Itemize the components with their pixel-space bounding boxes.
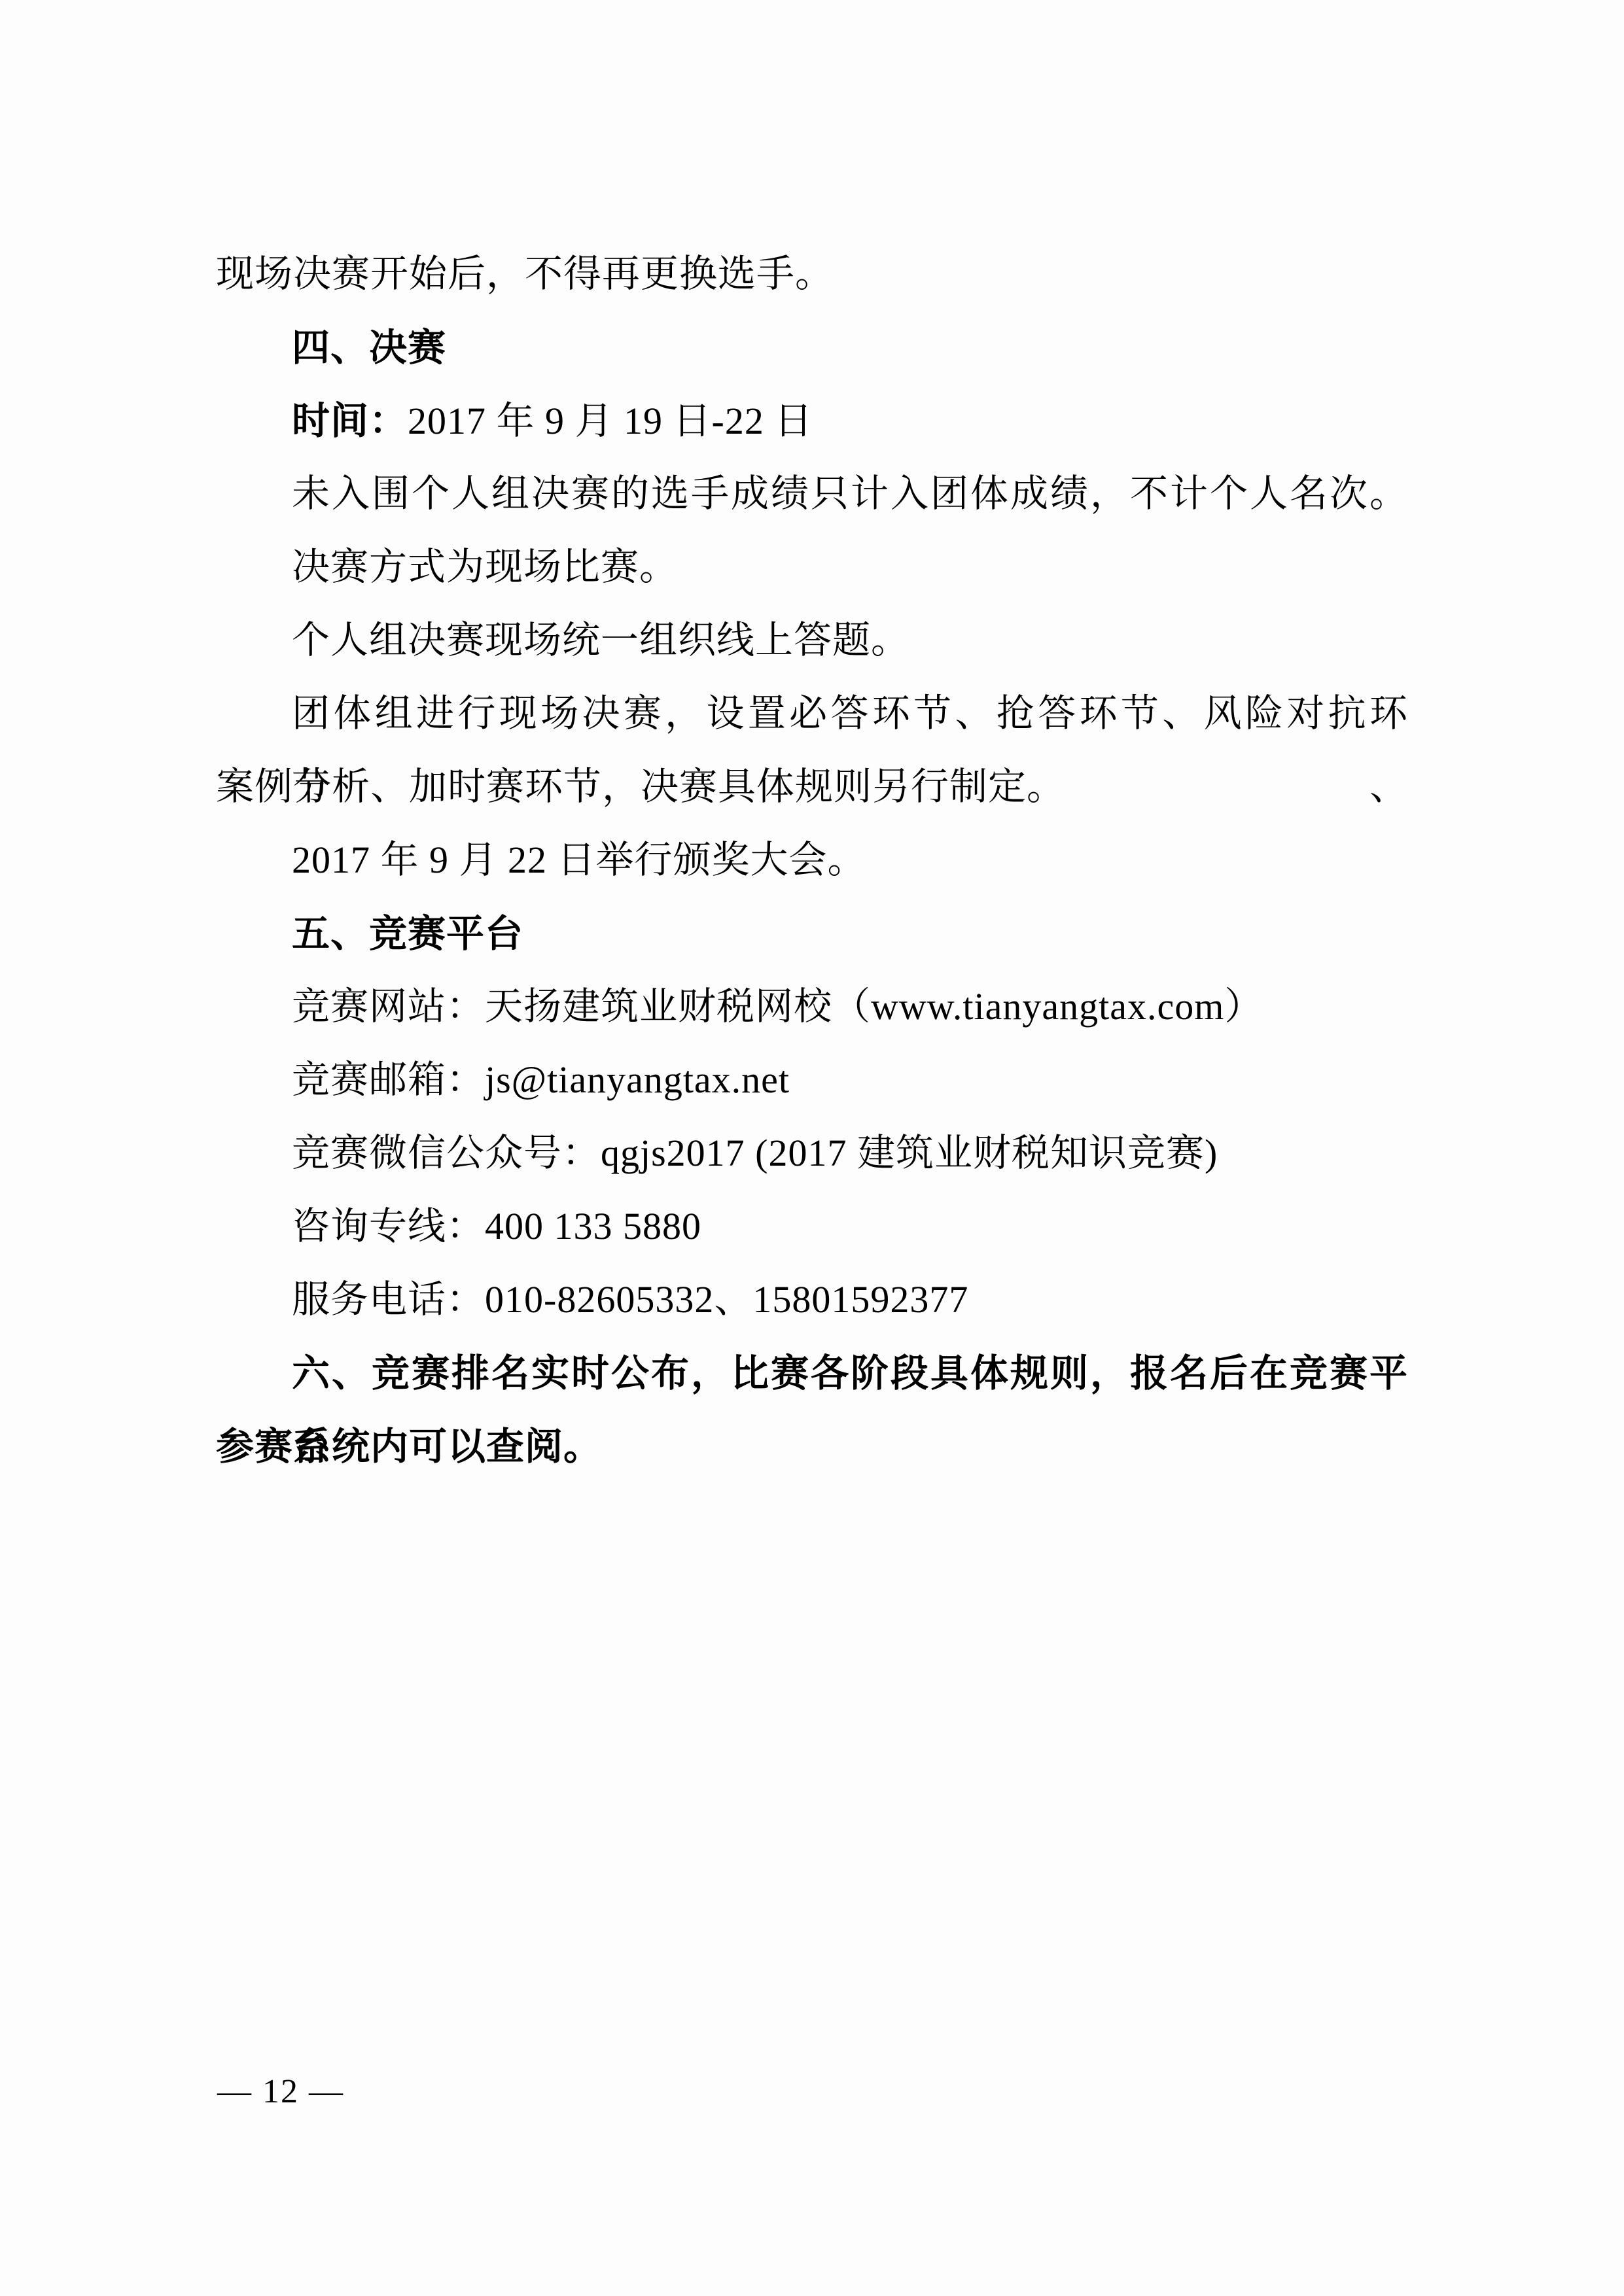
- wechat-line: 竞赛微信公众号：qgjs2017 (2017 建筑业财税知识竞赛): [216, 1117, 1408, 1190]
- paragraph: 2017 年 9 月 22 日举行颁奖大会。: [216, 824, 1408, 897]
- page-number: — 12 —: [217, 2066, 344, 2118]
- section-heading-4: 四、决赛: [216, 311, 1408, 384]
- time-value: 2017 年 9 月 19 日-22 日: [408, 400, 813, 442]
- time-line: 时间：2017 年 9 月 19 日-22 日: [216, 384, 1408, 457]
- paragraph: 个人组决赛现场统一组织线上答题。: [216, 604, 1408, 677]
- section-heading-6: 六、竞赛排名实时公布，比赛各阶段具体规则，报名后在竞赛平台: [216, 1336, 1408, 1410]
- hotline-line: 咨询专线：400 133 5880: [216, 1190, 1408, 1263]
- document-body: 现场决赛开始后，不得再更换选手。 四、决赛 时间：2017 年 9 月 19 日…: [216, 237, 1408, 1483]
- paragraph: 团体组进行现场决赛，设置必答环节、抢答环节、风险对抗环节、: [216, 677, 1408, 750]
- service-phone-line: 服务电话：010-82605332、15801592377: [216, 1263, 1408, 1336]
- paragraph: 决赛方式为现场比赛。: [216, 531, 1408, 604]
- paragraph-continuation: 现场决赛开始后，不得再更换选手。: [216, 237, 1408, 311]
- section-heading-5: 五、竞赛平台: [216, 897, 1408, 970]
- section-heading-6-continuation: 参赛系统内可以查阅。: [216, 1410, 1408, 1483]
- document-page: 现场决赛开始后，不得再更换选手。 四、决赛 时间：2017 年 9 月 19 日…: [0, 0, 1624, 2296]
- time-label: 时间：: [292, 398, 408, 443]
- paragraph: 未入围个人组决赛的选手成绩只计入团体成绩，不计个人名次。: [216, 457, 1408, 531]
- email-line: 竞赛邮箱：js@tianyangtax.net: [216, 1043, 1408, 1117]
- website-line: 竞赛网站：天扬建筑业财税网校（www.tianyangtax.com）: [216, 970, 1408, 1043]
